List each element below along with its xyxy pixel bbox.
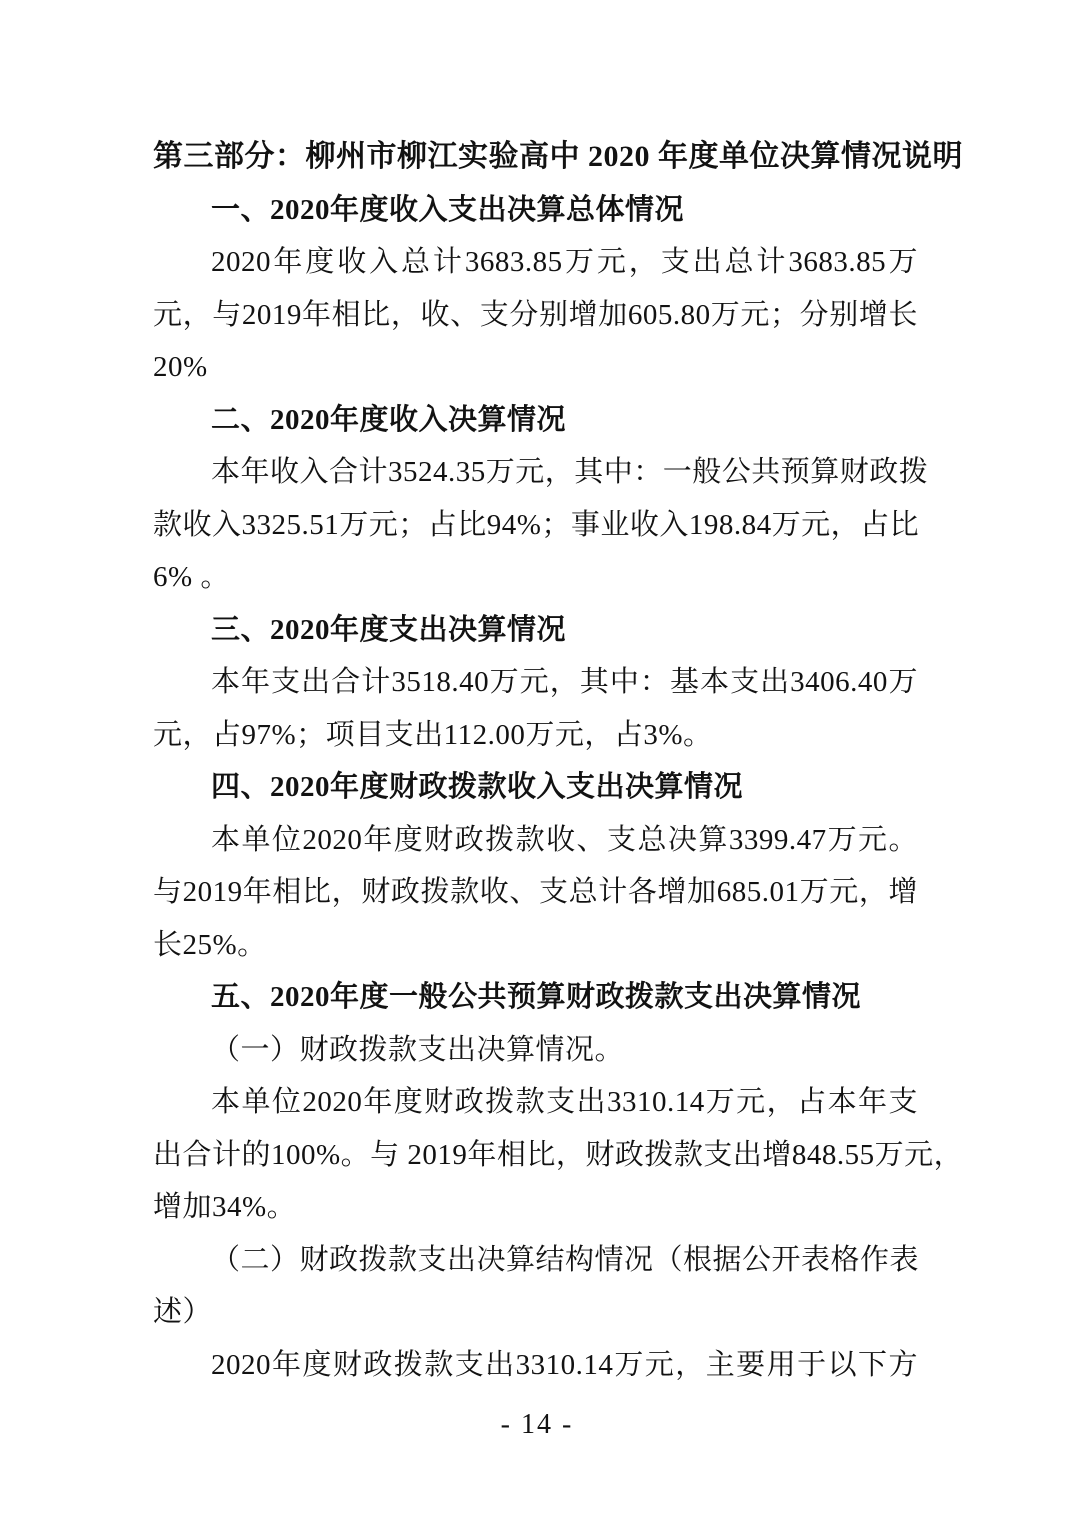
paragraph-line: 款收入3325.51万元；占比94%；事业收入198.84万元，占比 [153, 499, 918, 552]
paragraph-line: 述） [153, 1286, 918, 1339]
paragraph-line: 长25%。 [153, 919, 918, 972]
section-heading-2: 二、2020年度收入决算情况 [153, 394, 918, 447]
paragraph-line: 元，占97%；项目支出112.00万元，占3%。 [153, 709, 918, 762]
subsection-heading-1: （一）财政拨款支出决算情况。 [153, 1024, 918, 1077]
paragraph-line: 增加34%。 [153, 1181, 918, 1234]
section-heading-1: 一、2020年度收入支出决算总体情况 [153, 184, 918, 237]
paragraph-line: 2020年度财政拨款支出3310.14万元，主要用于以下方 [153, 1339, 918, 1392]
paragraph-line: 与2019年相比，财政拨款收、支总计各增加685.01万元，增 [153, 866, 918, 919]
paragraph-line: 本单位2020年度财政拨款收、支总决算3399.47万元。 [153, 814, 918, 867]
section-heading-3: 三、2020年度支出决算情况 [153, 604, 918, 657]
paragraph-line: 20% [153, 341, 918, 394]
section-heading-4: 四、2020年度财政拨款收入支出决算情况 [153, 761, 918, 814]
paragraph-line: 本年收入合计3524.35万元，其中：一般公共预算财政拨 [153, 446, 918, 499]
page-number: - 14 - [0, 1405, 1074, 1445]
document-title: 第三部分：柳州市柳江实验高中 2020 年度单位决算情况说明 [153, 131, 918, 184]
paragraph-line: 2020年度收入总计3683.85万元，支出总计3683.85万 [153, 236, 918, 289]
paragraph-line: 本年支出合计3518.40万元，其中：基本支出3406.40万 [153, 656, 918, 709]
paragraph-line: 本单位2020年度财政拨款支出3310.14万元，占本年支 [153, 1076, 918, 1129]
document-body: 第三部分：柳州市柳江实验高中 2020 年度单位决算情况说明 一、2020年度收… [153, 131, 918, 1391]
subsection-heading-2: （二）财政拨款支出决算结构情况（根据公开表格作表 [153, 1234, 918, 1287]
document-page: 第三部分：柳州市柳江实验高中 2020 年度单位决算情况说明 一、2020年度收… [0, 0, 1074, 1520]
section-heading-5: 五、2020年度一般公共预算财政拨款支出决算情况 [153, 971, 918, 1024]
paragraph-line: 6% 。 [153, 551, 918, 604]
paragraph-line: 元，与2019年相比，收、支分别增加605.80万元；分别增长 [153, 289, 918, 342]
paragraph-line: 出合计的100%。与 2019年相比，财政拨款支出增848.55万元， [153, 1129, 918, 1182]
